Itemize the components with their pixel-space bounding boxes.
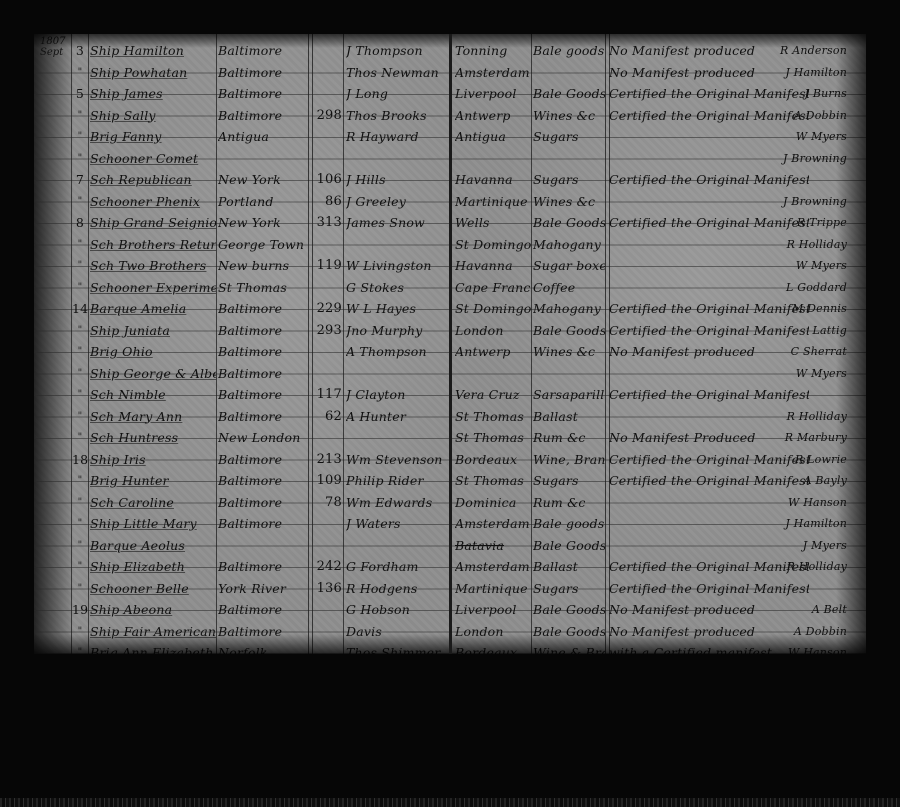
signature-cell bbox=[769, 385, 847, 405]
tons-cell bbox=[312, 278, 342, 298]
page-shadow bbox=[451, 34, 866, 48]
day-cell: " bbox=[72, 579, 88, 599]
vessel-cell: Ship Sally bbox=[90, 106, 216, 126]
vessel-cell: Ship Little Mary bbox=[90, 514, 216, 534]
from-port-cell: St Domingo bbox=[455, 299, 531, 319]
from-port-cell bbox=[455, 149, 531, 169]
from-port-cell: St Thomas bbox=[455, 407, 531, 427]
cargo-cell: Rum &c bbox=[533, 428, 605, 448]
ledger-row: W Myers bbox=[451, 363, 866, 385]
cargo-cell: Wines &c bbox=[533, 106, 605, 126]
ledger-row: " Brig Ohio Baltimore A Thompson bbox=[34, 341, 451, 363]
port-cell bbox=[218, 149, 310, 169]
ledger-row: " Schooner Phenix Portland 86 J Greeley bbox=[34, 191, 451, 213]
signature-cell bbox=[769, 579, 847, 599]
signature-cell: A Bayly bbox=[769, 471, 847, 491]
ledger-row: 7 Sch Republican New York 106 J Hills bbox=[34, 169, 451, 191]
ledger-row: 5 Ship James Baltimore J Long bbox=[34, 83, 451, 105]
cargo-cell: Bale Goods bbox=[533, 600, 605, 620]
cargo-cell: Bale Goods bbox=[533, 213, 605, 233]
signature-cell: J Hamilton bbox=[769, 514, 847, 534]
tons-cell bbox=[312, 235, 342, 255]
tons-cell: 242 bbox=[312, 557, 342, 577]
tons-cell: 86 bbox=[312, 192, 342, 212]
signature-cell: R Holliday bbox=[769, 407, 847, 427]
day-cell: " bbox=[72, 278, 88, 298]
day-cell: 7 bbox=[72, 170, 88, 190]
ledger-row: 19 Ship Abeona Baltimore G Hobson bbox=[34, 599, 451, 621]
ledger-row: Cape Francois Coffee L Goddard bbox=[451, 277, 866, 299]
master-cell: G Hobson bbox=[346, 600, 449, 620]
day-cell: " bbox=[72, 321, 88, 341]
day-cell: " bbox=[72, 235, 88, 255]
month-label: Sept bbox=[40, 47, 65, 58]
port-cell: Baltimore bbox=[218, 450, 310, 470]
ledger-row: 18 Ship Iris Baltimore 213 Wm Stevenson bbox=[34, 449, 451, 471]
signature-cell: W Myers bbox=[769, 127, 847, 147]
signature-cell: W Myers bbox=[769, 256, 847, 276]
cargo-cell: Ballast bbox=[533, 407, 605, 427]
day-cell: " bbox=[72, 364, 88, 384]
tons-cell bbox=[312, 536, 342, 556]
master-cell: Thos Brooks bbox=[346, 106, 449, 126]
ledger-row: Amsterdam Bale goods J Hamilton bbox=[451, 513, 866, 535]
vessel-cell: Brig Ohio bbox=[90, 342, 216, 362]
tons-cell: 106 bbox=[312, 170, 342, 190]
vessel-cell: Schooner Experiment bbox=[90, 278, 216, 298]
signature-cell: L Goddard bbox=[769, 278, 847, 298]
right-page: Tonning Bale goods No Manifest produced … bbox=[451, 34, 866, 654]
port-cell: York River bbox=[218, 579, 310, 599]
port-cell: Baltimore bbox=[218, 299, 310, 319]
ledger-row: Dominica Rum &c W Hanson bbox=[451, 492, 866, 514]
ledger-row: Amsterdam No Manifest produced J Hamilto… bbox=[451, 62, 866, 84]
master-cell: G Fordham bbox=[346, 557, 449, 577]
signature-cell: W Hanson bbox=[769, 493, 847, 513]
master-cell: W Livingston bbox=[346, 256, 449, 276]
vessel-cell: Sch Mary Ann bbox=[90, 407, 216, 427]
vessel-cell: Sch Caroline bbox=[90, 493, 216, 513]
ledger-row: " Sch Brothers Return George Town bbox=[34, 234, 451, 256]
ledger-row: Liverpool Bale Goods No Manifest produce… bbox=[451, 599, 866, 621]
from-port-cell: Amsterdam bbox=[455, 63, 531, 83]
vessel-cell: Schooner Phenix bbox=[90, 192, 216, 212]
day-cell: " bbox=[72, 192, 88, 212]
tons-cell bbox=[312, 84, 342, 104]
from-port-cell: St Thomas bbox=[455, 428, 531, 448]
cargo-cell: Coffee bbox=[533, 278, 605, 298]
ledger-row: Vera Cruz Sarsaparilla Certified the Ori… bbox=[451, 384, 866, 406]
tons-cell bbox=[312, 342, 342, 362]
ledger-row: " Barque Aeolus bbox=[34, 535, 451, 557]
port-cell: Portland bbox=[218, 192, 310, 212]
port-cell: New York bbox=[218, 213, 310, 233]
vessel-cell: Barque Aeolus bbox=[90, 536, 216, 556]
master-cell: Thos Newman bbox=[346, 63, 449, 83]
day-cell: " bbox=[72, 514, 88, 534]
cargo-cell: Sugar boxes bbox=[533, 256, 605, 276]
vessel-cell: Ship Abeona bbox=[90, 600, 216, 620]
vessel-cell: Schooner Belle bbox=[90, 579, 216, 599]
port-cell: New burns bbox=[218, 256, 310, 276]
day-cell: 5 bbox=[72, 84, 88, 104]
master-cell: J Clayton bbox=[346, 385, 449, 405]
from-port-cell: Cape Francois bbox=[455, 278, 531, 298]
master-cell: R Hayward bbox=[346, 127, 449, 147]
tons-cell bbox=[312, 127, 342, 147]
from-port-cell: St Domingo bbox=[455, 235, 531, 255]
ledger-row: " Ship Little Mary Baltimore J Waters bbox=[34, 513, 451, 535]
ledger-row: " Sch Mary Ann Baltimore 62 A Hunter bbox=[34, 406, 451, 428]
page-shadow bbox=[451, 634, 866, 654]
from-port-cell: Antwerp bbox=[455, 342, 531, 362]
from-port-cell: Bordeaux bbox=[455, 450, 531, 470]
signature-cell: A Dobbin bbox=[769, 106, 847, 126]
master-cell: A Hunter bbox=[346, 407, 449, 427]
ledger-row: " Ship Juniata Baltimore 293 Jno Murphy bbox=[34, 320, 451, 342]
master-cell: J Long bbox=[346, 84, 449, 104]
tons-cell: 78 bbox=[312, 493, 342, 513]
cargo-cell: Bale Goods bbox=[533, 321, 605, 341]
from-port-cell: Antwerp bbox=[455, 106, 531, 126]
page-shadow bbox=[34, 34, 451, 48]
day-cell: " bbox=[72, 342, 88, 362]
master-cell: Wm Stevenson bbox=[346, 450, 449, 470]
cargo-cell: Wines &c bbox=[533, 192, 605, 212]
tons-cell: 109 bbox=[312, 471, 342, 491]
scan-edge-noise bbox=[0, 798, 900, 807]
signature-cell: J Hamilton bbox=[769, 63, 847, 83]
master-cell: A Thompson bbox=[346, 342, 449, 362]
ledger-row: " Schooner Experiment St Thomas G Stokes bbox=[34, 277, 451, 299]
port-cell: Antigua bbox=[218, 127, 310, 147]
cargo-cell bbox=[533, 149, 605, 169]
cargo-cell: Rum &c bbox=[533, 493, 605, 513]
signature-cell: J Burns bbox=[769, 84, 847, 104]
signature-cell: J Myers bbox=[769, 536, 847, 556]
vessel-cell: Ship Elizabeth bbox=[90, 557, 216, 577]
from-port-cell: Amsterdam bbox=[455, 557, 531, 577]
tons-cell: 293 bbox=[312, 321, 342, 341]
tons-cell: 213 bbox=[312, 450, 342, 470]
signature-cell: R Holliday bbox=[769, 235, 847, 255]
ledger-row: 14 Barque Amelia Baltimore 229 W L Hayes bbox=[34, 298, 451, 320]
ledger-row: London Bale Goods Certified the Original… bbox=[451, 320, 866, 342]
signature-cell: R Lowrie bbox=[769, 450, 847, 470]
port-cell: Baltimore bbox=[218, 557, 310, 577]
day-cell: " bbox=[72, 63, 88, 83]
from-port-cell: Wells bbox=[455, 213, 531, 233]
port-cell: Baltimore bbox=[218, 364, 310, 384]
ledger-row: " Ship Elizabeth Baltimore 242 G Fordham bbox=[34, 556, 451, 578]
right-entries: Tonning Bale goods No Manifest produced … bbox=[451, 40, 866, 654]
day-cell: 8 bbox=[72, 213, 88, 233]
port-cell: Baltimore bbox=[218, 84, 310, 104]
master-cell: Wm Edwards bbox=[346, 493, 449, 513]
cargo-cell: Wine, Brandy &c bbox=[533, 450, 605, 470]
master-cell: J Greeley bbox=[346, 192, 449, 212]
signature-cell: W Myers bbox=[769, 364, 847, 384]
from-port-cell: Havanna bbox=[455, 256, 531, 276]
vessel-cell: Ship George & Albert bbox=[90, 364, 216, 384]
port-cell: Baltimore bbox=[218, 514, 310, 534]
master-cell: Jno Murphy bbox=[346, 321, 449, 341]
tons-cell: 313 bbox=[312, 213, 342, 233]
cargo-cell bbox=[533, 364, 605, 384]
ledger-row: " Ship George & Albert Baltimore bbox=[34, 363, 451, 385]
ledger-row: Wells Bale Goods Certified the Original … bbox=[451, 212, 866, 234]
cargo-cell: Bale Goods bbox=[533, 84, 605, 104]
ledger-spread: 1807 Sept 3 Ship Hamilton Baltimore J Th… bbox=[34, 34, 866, 654]
day-cell: " bbox=[72, 536, 88, 556]
port-cell: Baltimore bbox=[218, 63, 310, 83]
vessel-cell: Sch Brothers Return bbox=[90, 235, 216, 255]
master-cell bbox=[346, 428, 449, 448]
cargo-cell: Wines &c bbox=[533, 342, 605, 362]
signature-cell: C Sherrat bbox=[769, 342, 847, 362]
ledger-row: Bordeaux Wine, Brandy &c Certified the O… bbox=[451, 449, 866, 471]
port-cell: Baltimore bbox=[218, 600, 310, 620]
ledger-row: 8 Ship Grand Seignior New York 313 James… bbox=[34, 212, 451, 234]
ledger-row: Antigua Sugars W Myers bbox=[451, 126, 866, 148]
cargo-cell: Sugars bbox=[533, 579, 605, 599]
ledger-row: " Ship Powhatan Baltimore Thos Newman bbox=[34, 62, 451, 84]
tons-cell: 229 bbox=[312, 299, 342, 319]
from-port-cell: Havanna bbox=[455, 170, 531, 190]
day-cell: 14 bbox=[72, 299, 88, 319]
port-cell: George Town bbox=[218, 235, 310, 255]
ledger-row: " Schooner Belle York River 136 R Hodgen… bbox=[34, 578, 451, 600]
day-cell: " bbox=[72, 471, 88, 491]
tons-cell: 298 bbox=[312, 106, 342, 126]
ledger-row: " Brig Hunter Baltimore 109 Philip Rider bbox=[34, 470, 451, 492]
from-port-cell: Vera Cruz bbox=[455, 385, 531, 405]
vessel-cell: Ship Iris bbox=[90, 450, 216, 470]
master-cell: W L Hayes bbox=[346, 299, 449, 319]
from-port-cell: Antigua bbox=[455, 127, 531, 147]
day-cell: " bbox=[72, 428, 88, 448]
vessel-cell: Schooner Comet bbox=[90, 149, 216, 169]
ledger-row: St Domingo Mahogany R Holliday bbox=[451, 234, 866, 256]
port-cell: Baltimore bbox=[218, 321, 310, 341]
ledger-row: St Thomas Ballast R Holliday bbox=[451, 406, 866, 428]
from-port-cell bbox=[455, 364, 531, 384]
vessel-cell: Ship Grand Seignior bbox=[90, 213, 216, 233]
cargo-cell: Bale goods bbox=[533, 514, 605, 534]
tons-cell bbox=[312, 514, 342, 534]
left-page: 1807 Sept 3 Ship Hamilton Baltimore J Th… bbox=[34, 34, 451, 654]
ledger-row: Amsterdam Ballast Certified the Original… bbox=[451, 556, 866, 578]
signature-cell: R Holliday bbox=[769, 557, 847, 577]
ledger-row: Antwerp Wines &c Certified the Original … bbox=[451, 105, 866, 127]
from-port-cell: Liverpool bbox=[455, 600, 531, 620]
port-cell: Baltimore bbox=[218, 471, 310, 491]
port-cell: Baltimore bbox=[218, 385, 310, 405]
master-cell bbox=[346, 235, 449, 255]
ledger-row: Martinique Sugars Certified the Original… bbox=[451, 578, 866, 600]
port-cell: New London bbox=[218, 428, 310, 448]
cargo-cell: Bale Goods bbox=[533, 536, 605, 556]
ledger-row: " Sch Caroline Baltimore 78 Wm Edwards bbox=[34, 492, 451, 514]
signature-cell: R Marbury bbox=[769, 428, 847, 448]
vessel-cell: Sch Huntress bbox=[90, 428, 216, 448]
tons-cell: 62 bbox=[312, 407, 342, 427]
cargo-cell bbox=[533, 63, 605, 83]
master-cell: J Hills bbox=[346, 170, 449, 190]
ledger-row: Antwerp Wines &c No Manifest produced C … bbox=[451, 341, 866, 363]
from-port-cell: London bbox=[455, 321, 531, 341]
master-cell: J Waters bbox=[346, 514, 449, 534]
cargo-cell: Sarsaparilla bbox=[533, 385, 605, 405]
from-port-cell: Martinique bbox=[455, 579, 531, 599]
vessel-cell: Sch Republican bbox=[90, 170, 216, 190]
day-cell: " bbox=[72, 493, 88, 513]
tons-cell bbox=[312, 364, 342, 384]
from-port-cell: Batavia bbox=[455, 536, 531, 556]
ledger-row: " Schooner Comet bbox=[34, 148, 451, 170]
day-cell: " bbox=[72, 127, 88, 147]
from-port-cell: Dominica bbox=[455, 493, 531, 513]
signature-cell: A Belt bbox=[769, 600, 847, 620]
day-cell: " bbox=[72, 407, 88, 427]
master-cell: G Stokes bbox=[346, 278, 449, 298]
ledger-row: St Thomas Rum &c No Manifest Produced R … bbox=[451, 427, 866, 449]
ledger-row: Havanna Sugars Certified the Original Ma… bbox=[451, 169, 866, 191]
master-cell: R Hodgens bbox=[346, 579, 449, 599]
tons-cell bbox=[312, 63, 342, 83]
day-cell: " bbox=[72, 106, 88, 126]
day-cell: 19 bbox=[72, 600, 88, 620]
tons-cell: 136 bbox=[312, 579, 342, 599]
ledger-row: Martinique Wines &c J Browning bbox=[451, 191, 866, 213]
vessel-cell: Ship Juniata bbox=[90, 321, 216, 341]
signature-cell bbox=[769, 170, 847, 190]
vessel-cell: Brig Fanny bbox=[90, 127, 216, 147]
master-cell bbox=[346, 364, 449, 384]
cargo-cell: Mahogany bbox=[533, 299, 605, 319]
port-cell: New York bbox=[218, 170, 310, 190]
left-entries: 3 Ship Hamilton Baltimore J Thompson " S… bbox=[34, 40, 451, 654]
cargo-cell: Sugars bbox=[533, 127, 605, 147]
day-cell: " bbox=[72, 385, 88, 405]
vessel-cell: Sch Nimble bbox=[90, 385, 216, 405]
from-port-cell: Amsterdam bbox=[455, 514, 531, 534]
ledger-row: St Domingo Mahogany Certified the Origin… bbox=[451, 298, 866, 320]
tons-cell: 119 bbox=[312, 256, 342, 276]
ledger-row: " Sch Two Brothers New burns 119 W Livin… bbox=[34, 255, 451, 277]
ledger-row: " Sch Nimble Baltimore 117 J Clayton bbox=[34, 384, 451, 406]
day-cell: " bbox=[72, 256, 88, 276]
port-cell bbox=[218, 536, 310, 556]
cargo-cell: Mahogany bbox=[533, 235, 605, 255]
ledger-row: " Ship Sally Baltimore 298 Thos Brooks bbox=[34, 105, 451, 127]
signature-cell: J Browning bbox=[769, 149, 847, 169]
day-cell: " bbox=[72, 149, 88, 169]
signature-cell: R Trippe bbox=[769, 213, 847, 233]
port-cell: Baltimore bbox=[218, 106, 310, 126]
port-cell: Baltimore bbox=[218, 493, 310, 513]
from-port-cell: St Thomas bbox=[455, 471, 531, 491]
day-cell: 18 bbox=[72, 450, 88, 470]
ledger-row: J Browning bbox=[451, 148, 866, 170]
from-port-cell: Liverpool bbox=[455, 84, 531, 104]
ledger-row: Batavia Bale Goods J Myers bbox=[451, 535, 866, 557]
tons-cell bbox=[312, 428, 342, 448]
tons-cell: 117 bbox=[312, 385, 342, 405]
master-cell: James Snow bbox=[346, 213, 449, 233]
from-port-cell: Martinique bbox=[455, 192, 531, 212]
signature-cell: M Dennis bbox=[769, 299, 847, 319]
book-gutter bbox=[449, 34, 452, 654]
signature-cell: Lattig bbox=[769, 321, 847, 341]
cargo-cell: Sugars bbox=[533, 471, 605, 491]
port-cell: Baltimore bbox=[218, 407, 310, 427]
tons-cell bbox=[312, 600, 342, 620]
port-cell: Baltimore bbox=[218, 342, 310, 362]
port-cell: St Thomas bbox=[218, 278, 310, 298]
tons-cell bbox=[312, 149, 342, 169]
vessel-cell: Sch Two Brothers bbox=[90, 256, 216, 276]
ledger-row: " Brig Fanny Antigua R Hayward bbox=[34, 126, 451, 148]
day-cell: " bbox=[72, 557, 88, 577]
vessel-cell: Ship James bbox=[90, 84, 216, 104]
page-shadow bbox=[34, 634, 451, 654]
vessel-cell: Ship Powhatan bbox=[90, 63, 216, 83]
ledger-row: " Sch Huntress New London bbox=[34, 427, 451, 449]
cargo-cell: Ballast bbox=[533, 557, 605, 577]
vessel-cell: Brig Hunter bbox=[90, 471, 216, 491]
ledger-row: Havanna Sugar boxes W Myers bbox=[451, 255, 866, 277]
ledger-row: Liverpool Bale Goods Certified the Origi… bbox=[451, 83, 866, 105]
master-cell bbox=[346, 149, 449, 169]
master-cell: Philip Rider bbox=[346, 471, 449, 491]
signature-cell: J Browning bbox=[769, 192, 847, 212]
master-cell bbox=[346, 536, 449, 556]
vessel-cell: Barque Amelia bbox=[90, 299, 216, 319]
cargo-cell: Sugars bbox=[533, 170, 605, 190]
ledger-row: St Thomas Sugars Certified the Original … bbox=[451, 470, 866, 492]
